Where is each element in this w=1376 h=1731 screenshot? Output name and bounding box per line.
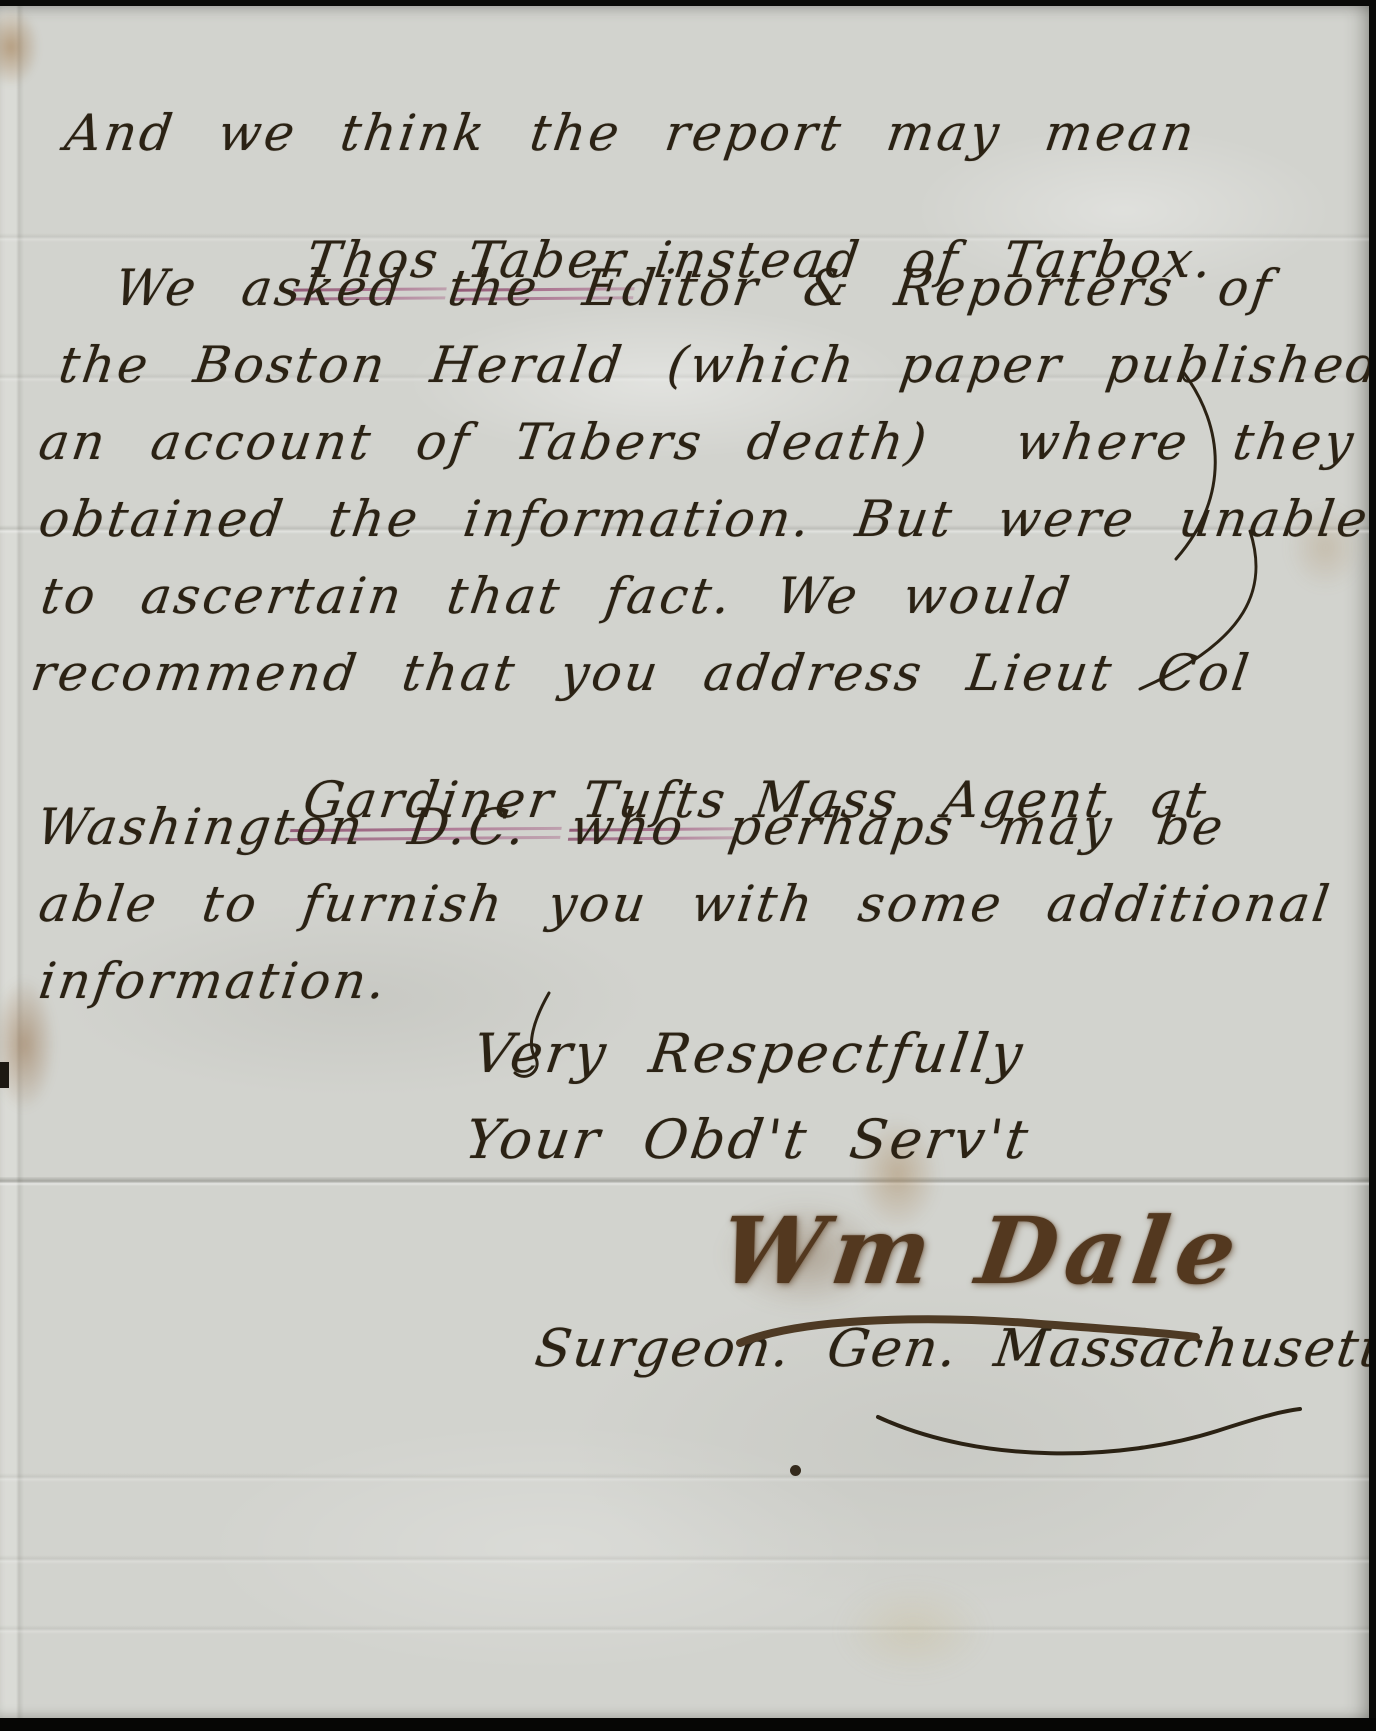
corner-stain xyxy=(0,7,40,87)
paper-sheet: And we think the report may mean ThosTab… xyxy=(0,5,1370,1719)
signature: Wm Dale xyxy=(715,1205,1250,1297)
fold-crease xyxy=(0,1177,1370,1186)
valediction: Very Respectfully xyxy=(470,1027,1028,1081)
signoff: Your Obd't Serv't xyxy=(462,1113,1034,1167)
title-underline-flourish xyxy=(872,1403,1307,1465)
scan-edge-notch xyxy=(0,1062,9,1088)
letter-line: the Boston Herald (which paper published xyxy=(56,340,1376,390)
letter-line: recommend that you address Lieut Col xyxy=(28,648,1255,698)
signature-title: Surgeon. Gen. Massachusetts. xyxy=(532,1323,1376,1375)
letter-line: obtained the information. But were unabl… xyxy=(36,494,1373,544)
letter-line: We asked the Editor & Reporters of xyxy=(112,263,1277,313)
scanned-letter-page: And we think the report may mean ThosTab… xyxy=(0,0,1376,1731)
fold-crease xyxy=(0,1473,1370,1482)
letter-line: And we think the report may mean xyxy=(62,108,1200,158)
scan-edge-top xyxy=(0,0,1376,6)
letter-line: information. xyxy=(36,956,391,1006)
letter-line: to ascertain that fact. We would xyxy=(38,571,1075,621)
fold-crease xyxy=(0,1625,1370,1634)
fold-crease xyxy=(0,1555,1370,1564)
letter-line: an account of Tabers death) where they xyxy=(36,417,1359,467)
letter-line: able to furnish you with some additional xyxy=(36,879,1335,929)
scan-edge-right xyxy=(1369,0,1376,1731)
scan-edge-bottom xyxy=(0,1718,1376,1731)
letter-line: Washington D.C. who perhaps may be xyxy=(34,802,1229,852)
